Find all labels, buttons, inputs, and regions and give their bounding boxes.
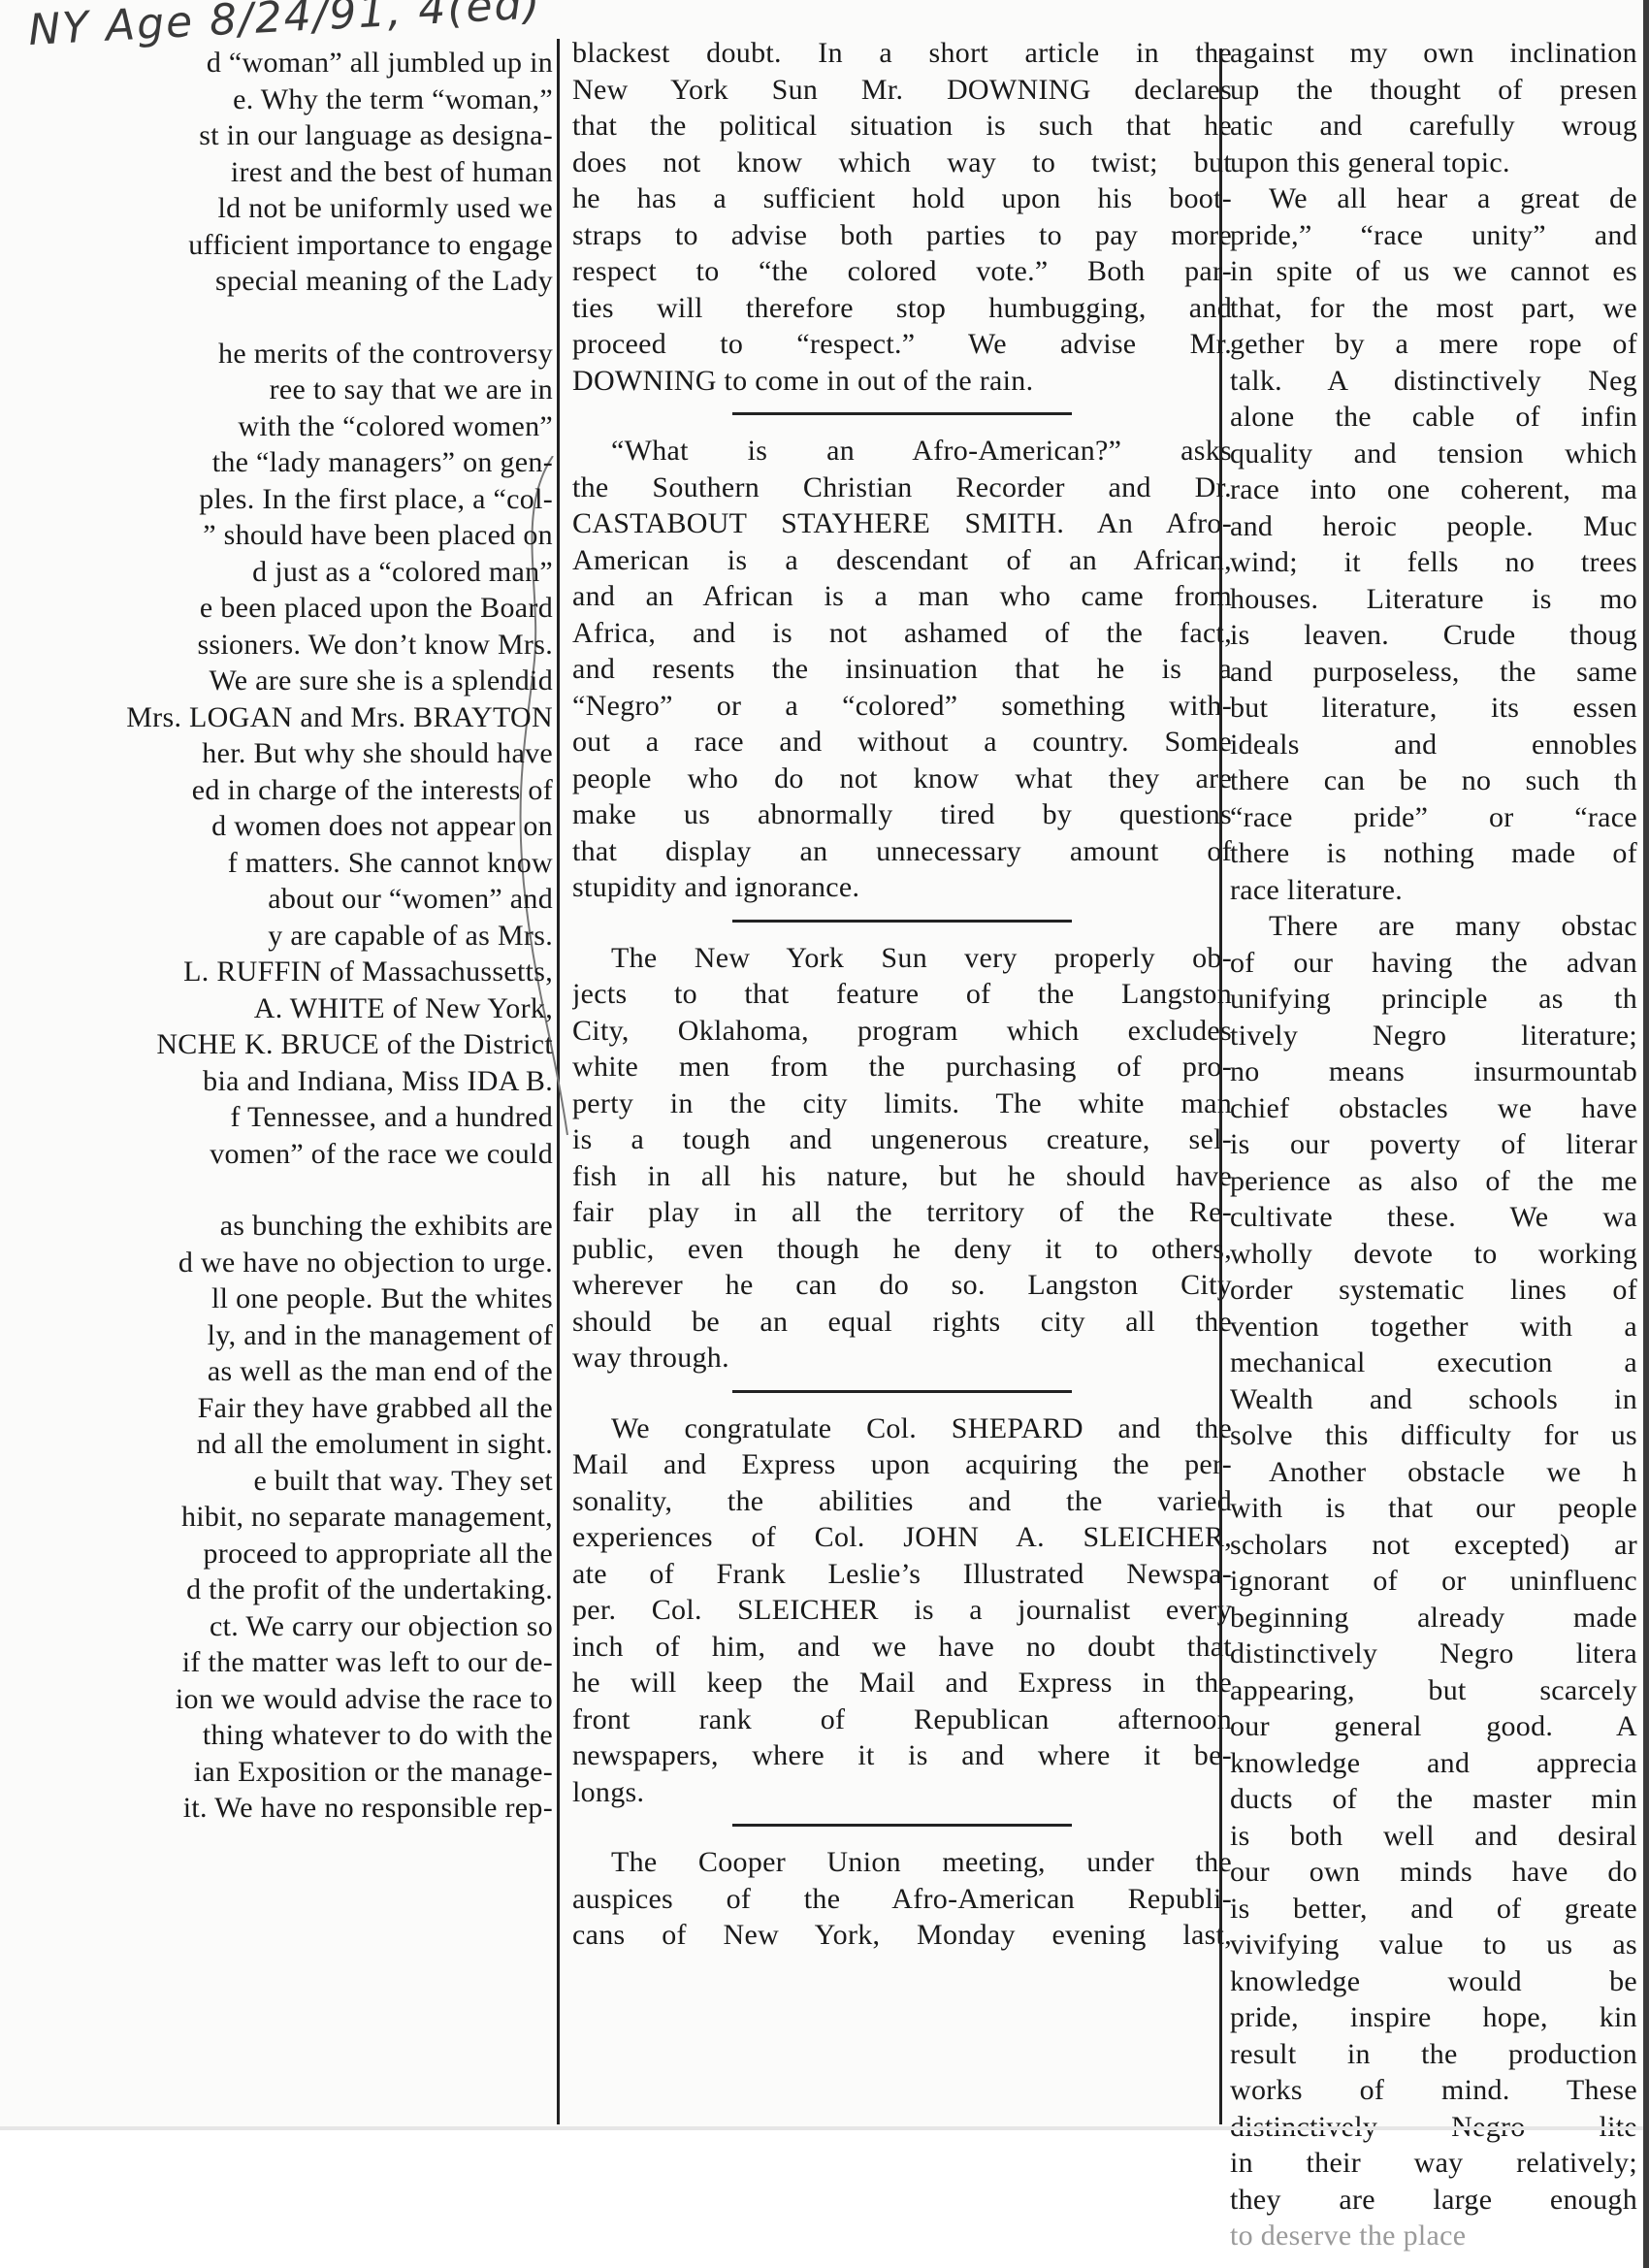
- article: “What is an Afro-American?” asksthe Sout…: [572, 433, 1232, 906]
- text-line: ” should have been placed on: [48, 517, 553, 554]
- text-line: they are large enough: [1230, 2182, 1637, 2219]
- text-line: and heroic people. Muc: [1230, 508, 1637, 545]
- text-line: works of mind. These: [1230, 2072, 1637, 2109]
- text-line: gether by a mere rope of: [1230, 326, 1637, 363]
- text-line: is both well and desiral: [1230, 1818, 1637, 1855]
- article-separator: [732, 1390, 1072, 1393]
- text-line: as well as the man end of the: [48, 1353, 553, 1390]
- text-line: inch of him, and we have no doubt that: [572, 1629, 1232, 1666]
- text-line: We all hear a great de: [1230, 180, 1637, 217]
- text-line: way through.: [572, 1340, 1232, 1377]
- text-line: out a race and without a country. Some: [572, 724, 1232, 761]
- text-line: e built that way. They set: [48, 1463, 553, 1500]
- text-line: unifying principle as th: [1230, 981, 1637, 1018]
- text-line: ufficient importance to engage: [48, 227, 553, 264]
- text-line: proceed to appropriate all the: [48, 1536, 553, 1572]
- text-line: longs.: [572, 1774, 1232, 1811]
- text-line: wherever he can do so. Langston City: [572, 1267, 1232, 1304]
- text-line: e been placed upon the Board: [48, 590, 553, 627]
- text-line: thing whatever to do with the: [48, 1717, 553, 1754]
- text-line: solve this difficulty for us: [1230, 1417, 1637, 1454]
- text-line: The Cooper Union meeting, under the: [572, 1844, 1232, 1881]
- text-line: pride,” “race unity” and: [1230, 217, 1637, 254]
- text-line: stupidity and ignorance.: [572, 869, 1232, 906]
- text-line: as bunching the exhibits are: [48, 1208, 553, 1245]
- text-line: The New York Sun very properly ob-: [572, 940, 1232, 977]
- text-line: front rank of Republican afternoon: [572, 1701, 1232, 1738]
- text-line: to deserve the place: [1230, 2218, 1637, 2254]
- text-line: blackest doubt. In a short article in th…: [572, 35, 1232, 72]
- text-line: ion we would advise the race to: [48, 1681, 553, 1718]
- text-line: result in the production: [1230, 2036, 1637, 2073]
- text-line: in their way relatively;: [1230, 2145, 1637, 2182]
- text-line: up the thought of presen: [1230, 72, 1637, 109]
- text-line: should be an equal rights city all the: [572, 1304, 1232, 1341]
- text-line: race into one coherent, ma: [1230, 471, 1637, 508]
- text-line: Wealth and schools in: [1230, 1381, 1637, 1418]
- text-line: that, for the most part, we: [1230, 290, 1637, 327]
- text-line: in spite of us we cannot es: [1230, 253, 1637, 290]
- text-line: per. Col. SLEICHER is a journalist every: [572, 1592, 1232, 1629]
- text-line: NCHE K. BRUCE of the District: [48, 1026, 553, 1063]
- text-line: American is a descendant of an African,: [572, 542, 1232, 579]
- text-line: vention together with a: [1230, 1309, 1637, 1345]
- text-line: d we have no objection to urge.: [48, 1245, 553, 1281]
- text-line: hibit, no separate management,: [48, 1499, 553, 1536]
- text-line: ples. In the first place, a “col-: [48, 481, 553, 518]
- text-line: there can be no such th: [1230, 762, 1637, 799]
- text-line: our own minds have do: [1230, 1854, 1637, 1891]
- text-line: L. RUFFIN of Massachussetts,: [48, 954, 553, 990]
- text-line: cans of New York, Monday evening last,: [572, 1917, 1232, 1954]
- text-line: with the “colored women”: [48, 408, 553, 445]
- text-line: ld not be uniformly used we: [48, 190, 553, 227]
- text-line: ll one people. But the whites: [48, 1280, 553, 1317]
- text-line: it. We have no responsible rep-: [48, 1790, 553, 1827]
- text-line: cultivate these. We wa: [1230, 1199, 1637, 1236]
- text-line: that display an unnecessary amount of: [572, 833, 1232, 870]
- text-line: A. WHITE of New York,: [48, 990, 553, 1027]
- text-line: race literature.: [1230, 872, 1637, 909]
- text-line: mechanical execution a: [1230, 1345, 1637, 1381]
- column-right: against my own inclinationup the thought…: [1230, 35, 1637, 2254]
- text-line: atic and carefully wroug: [1230, 108, 1637, 145]
- text-line: There are many obstac: [1230, 908, 1637, 945]
- text-line: knowledge and apprecia: [1230, 1745, 1637, 1782]
- text-line: bia and Indiana, Miss IDA B.: [48, 1063, 553, 1100]
- text-line: perience as also of the me: [1230, 1163, 1637, 1200]
- text-line: irest and the best of human: [48, 154, 553, 191]
- article: The Cooper Union meeting, under theauspi…: [572, 1844, 1232, 1954]
- text-line: ian Exposition or the manage-: [48, 1754, 553, 1791]
- text-line: We congratulate Col. SHEPARD and the: [572, 1410, 1232, 1447]
- text-line: Fair they have grabbed all the: [48, 1390, 553, 1427]
- text-line: that the political situation is such tha…: [572, 108, 1232, 145]
- text-line: f matters. She cannot know: [48, 845, 553, 882]
- text-line: is a tough and ungenerous creature, sel-: [572, 1121, 1232, 1158]
- text-line: if the matter was left to our de-: [48, 1644, 553, 1681]
- text-line: vomen” of the race we could: [48, 1136, 553, 1173]
- text-line: City, Oklahoma, program which excludes: [572, 1013, 1232, 1050]
- text-line: he has a sufficient hold upon his boot-: [572, 180, 1232, 217]
- text-line: the “lady managers” on gen-: [48, 444, 553, 481]
- text-line: Mrs. LOGAN and Mrs. BRAYTON: [48, 699, 553, 736]
- text-line: wholly devote to working: [1230, 1236, 1637, 1273]
- text-line: ducts of the master min: [1230, 1781, 1637, 1818]
- text-line: and resents the insinuation that he is a: [572, 651, 1232, 688]
- text-line: perty in the city limits. The white man: [572, 1085, 1232, 1122]
- text-line: about our “women” and: [48, 881, 553, 918]
- text-line: straps to advise both parties to pay mor…: [572, 217, 1232, 254]
- clipping-bottom-edge: [0, 2126, 1649, 2130]
- text-line: beginning already made: [1230, 1600, 1637, 1636]
- text-line: the Southern Christian Recorder and Dr.: [572, 470, 1232, 506]
- text-line: e. Why the term “woman,”: [48, 81, 553, 118]
- column-middle: blackest doubt. In a short article in th…: [572, 35, 1232, 1954]
- text-line: and an African is a man who came from: [572, 578, 1232, 615]
- text-line: is our poverty of literar: [1230, 1126, 1637, 1163]
- text-line: is better, and of greate: [1230, 1891, 1637, 1928]
- text-line: public, even though he deny it to others…: [572, 1231, 1232, 1268]
- text-line: special meaning of the Lady: [48, 263, 553, 300]
- text-line: d “woman” all jumbled up in: [48, 45, 553, 81]
- text-line: upon this general topic.: [1230, 145, 1637, 181]
- text-line: d just as a “colored man”: [48, 554, 553, 591]
- text-line: d the profit of the undertaking.: [48, 1571, 553, 1608]
- text-line: pride, inspire hope, kin: [1230, 1999, 1637, 2036]
- text-line: ties will therefore stop humbugging, and: [572, 290, 1232, 327]
- text-line: against my own inclination: [1230, 35, 1637, 72]
- text-line: ideals and ennobles: [1230, 727, 1637, 763]
- text-line: white men from the purchasing of pro-: [572, 1049, 1232, 1085]
- text-line: fish in all his nature, but he should ha…: [572, 1158, 1232, 1195]
- article: The New York Sun very properly ob-jects …: [572, 940, 1232, 1377]
- text-line: with is that our people: [1230, 1490, 1637, 1527]
- text-line: vivifying value to us as: [1230, 1927, 1637, 1963]
- text-line: proceed to “respect.” We advise Mr.: [572, 326, 1232, 363]
- text-line: Africa, and is not ashamed of the fact,: [572, 615, 1232, 652]
- text-line: chief obstacles we have: [1230, 1090, 1637, 1127]
- text-line: but literature, its essen: [1230, 690, 1637, 727]
- scan-edge: [1643, 0, 1649, 2268]
- text-line: Another obstacle we h: [1230, 1454, 1637, 1491]
- text-line: of our having the advan: [1230, 945, 1637, 982]
- text-line: order systematic lines of: [1230, 1272, 1637, 1309]
- text-line: he will keep the Mail and Express in the: [572, 1665, 1232, 1701]
- text-line: st in our language as designa-: [48, 117, 553, 154]
- text-line: no means insurmountab: [1230, 1053, 1637, 1090]
- text-line: fair play in all the territory of the Re…: [572, 1194, 1232, 1231]
- text-line: ct. We carry our objection so: [48, 1608, 553, 1645]
- paragraph-gap: [48, 300, 553, 336]
- text-line: “What is an Afro-American?” asks: [572, 433, 1232, 470]
- text-line: DOWNING to come in out of the rain.: [572, 363, 1232, 400]
- article-separator: [732, 1824, 1072, 1827]
- text-line: d women does not appear on: [48, 808, 553, 845]
- text-line: nd all the emolument in sight.: [48, 1426, 553, 1463]
- text-line: auspices of the Afro-American Republi-: [572, 1881, 1232, 1918]
- text-line: people who do not know what they are: [572, 761, 1232, 797]
- text-line: her. But why she should have: [48, 735, 553, 772]
- text-line: quality and tension which: [1230, 436, 1637, 472]
- text-line: scholars not excepted) ar: [1230, 1527, 1637, 1564]
- text-line: houses. Literature is mo: [1230, 581, 1637, 618]
- text-line: newspapers, where it is and where it be-: [572, 1737, 1232, 1774]
- text-line: “race pride” or “race: [1230, 799, 1637, 836]
- paragraph-gap: [48, 1172, 553, 1208]
- text-line: knowledge would be: [1230, 1963, 1637, 2000]
- text-line: our general good. A: [1230, 1708, 1637, 1745]
- text-line: does not know which way to twist; but: [572, 145, 1232, 181]
- text-line: appearing, but scarcely: [1230, 1672, 1637, 1709]
- text-line: he merits of the controversy: [48, 336, 553, 373]
- text-line: make us abnormally tired by questions: [572, 796, 1232, 833]
- column-left: d “woman” all jumbled up ine. Why the te…: [48, 45, 553, 1827]
- text-line: sonality, the abilities and the varied: [572, 1483, 1232, 1520]
- text-line: “Negro” or a “colored” something with-: [572, 688, 1232, 725]
- article-separator: [732, 412, 1072, 415]
- text-line: there is nothing made of: [1230, 835, 1637, 872]
- text-line: New York Sun Mr. DOWNING declares: [572, 72, 1232, 109]
- text-line: ate of Frank Leslie’s Illustrated Newspa…: [572, 1556, 1232, 1593]
- text-line: CASTABOUT STAYHERE SMITH. An Afro-: [572, 505, 1232, 542]
- text-line: alone the cable of infin: [1230, 399, 1637, 436]
- text-line: jects to that feature of the Langston: [572, 976, 1232, 1013]
- text-line: ly, and in the management of: [48, 1317, 553, 1354]
- text-line: Mail and Express upon acquiring the per-: [572, 1446, 1232, 1483]
- text-line: wind; it fells no trees: [1230, 544, 1637, 581]
- text-line: We are sure she is a splendid: [48, 663, 553, 699]
- text-line: distinctively Negro litera: [1230, 1636, 1637, 1672]
- text-line: respect to “the colored vote.” Both par-: [572, 253, 1232, 290]
- text-line: tively Negro literature;: [1230, 1018, 1637, 1054]
- text-line: talk. A distinctively Neg: [1230, 363, 1637, 400]
- text-line: ree to say that we are in: [48, 372, 553, 408]
- text-line: f Tennessee, and a hundred: [48, 1099, 553, 1136]
- article: blackest doubt. In a short article in th…: [572, 35, 1232, 399]
- text-line: ignorant of or uninfluenc: [1230, 1563, 1637, 1600]
- article: We congratulate Col. SHEPARD and theMail…: [572, 1410, 1232, 1811]
- text-line: y are capable of as Mrs.: [48, 918, 553, 955]
- text-line: is leaven. Crude thoug: [1230, 617, 1637, 654]
- text-line: experiences of Col. JOHN A. SLEICHER,: [572, 1519, 1232, 1556]
- text-line: ssioners. We don’t know Mrs.: [48, 627, 553, 664]
- text-line: ed in charge of the interests of: [48, 772, 553, 809]
- text-line: and purposeless, the same: [1230, 654, 1637, 691]
- article-separator: [732, 920, 1072, 923]
